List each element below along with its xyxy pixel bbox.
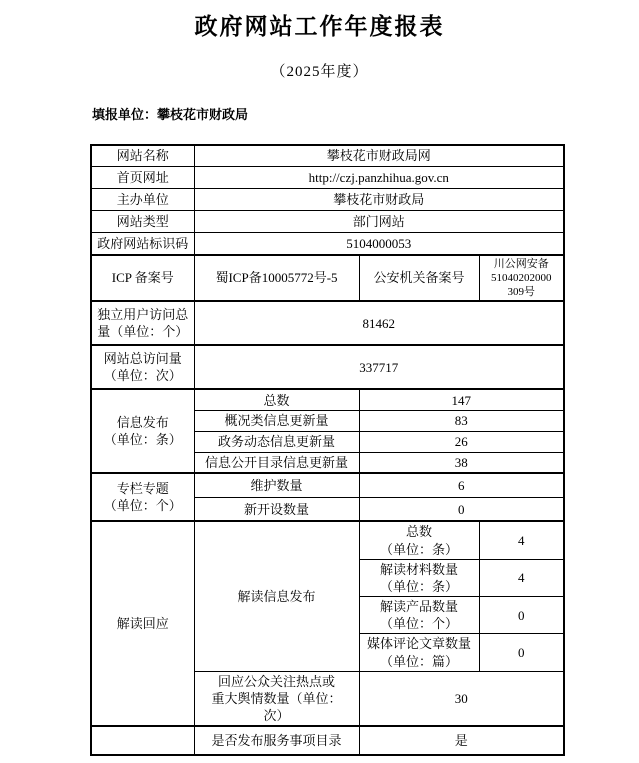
interpretation-total-label: 总数 （单位：条） [359, 521, 479, 559]
interpretation-section-label: 解读回应 [91, 521, 194, 726]
disclosure-update-label: 信息公开目录信息更新量 [194, 452, 359, 473]
organizer-label: 主办单位 [91, 189, 194, 211]
homepage-url-label: 首页网址 [91, 167, 194, 189]
homepage-url-value: http://czj.panzhihua.gov.cn [194, 167, 564, 189]
columns-maintained-value: 6 [359, 473, 564, 497]
interpretation-materials-label: 解读材料数量 （单位：条） [359, 559, 479, 596]
site-type-label: 网站类型 [91, 211, 194, 233]
interpretation-materials-value: 4 [479, 559, 564, 596]
page-title: 政府网站工作年度报表 [0, 13, 639, 41]
interpretation-release-label: 解读信息发布 [194, 521, 359, 671]
site-type-value: 部门网站 [194, 211, 564, 233]
icp-label: ICP 备案号 [91, 255, 194, 302]
site-name-value: 攀枝花市财政局网 [194, 145, 564, 167]
service-section-empty-cell [91, 726, 194, 755]
interpretation-products-label: 解读产品数量 （单位：个） [359, 597, 479, 634]
unique-users-label: 独立用户访问总 量（单位：个） [91, 301, 194, 345]
public-response-value: 30 [359, 671, 564, 726]
columns-maintained-label: 维护数量 [194, 473, 359, 497]
police-record-label: 公安机关备案号 [359, 255, 479, 302]
public-response-label: 回应公众关注热点或 重大舆情数量（单位： 次） [194, 671, 359, 726]
overview-update-label: 概况类信息更新量 [194, 410, 359, 431]
info-release-total-value: 147 [359, 389, 564, 410]
site-name-label: 网站名称 [91, 145, 194, 167]
site-code-label: 政府网站标识码 [91, 233, 194, 255]
service-directory-value: 是 [359, 726, 564, 755]
columns-section-label: 专栏专题 （单位：个） [91, 473, 194, 521]
annual-report-table: 网站名称 攀枝花市财政局网 首页网址 http://czj.panzhihua.… [90, 144, 565, 757]
total-visits-label: 网站总访问量 （单位：次） [91, 345, 194, 389]
gov-news-update-label: 政务动态信息更新量 [194, 431, 359, 452]
interpretation-products-value: 0 [479, 597, 564, 634]
media-comment-value: 0 [479, 634, 564, 671]
interpretation-total-value: 4 [479, 521, 564, 559]
gov-news-update-value: 26 [359, 431, 564, 452]
unique-users-value: 81462 [194, 301, 564, 345]
disclosure-update-value: 38 [359, 452, 564, 473]
site-code-value: 5104000053 [194, 233, 564, 255]
overview-update-value: 83 [359, 410, 564, 431]
info-release-total-label: 总数 [194, 389, 359, 410]
icp-value: 蜀ICP备10005772号-5 [194, 255, 359, 302]
columns-new-label: 新开设数量 [194, 497, 359, 521]
reporting-unit: 填报单位：攀枝花市财政局 [92, 104, 639, 123]
organizer-value: 攀枝花市财政局 [194, 189, 564, 211]
police-record-value: 川公网安备 51040202000 309号 [479, 255, 564, 302]
service-directory-label: 是否发布服务事项目录 [194, 726, 359, 755]
media-comment-label: 媒体评论文章数量 （单位：篇） [359, 634, 479, 671]
total-visits-value: 337717 [194, 345, 564, 389]
columns-new-value: 0 [359, 497, 564, 521]
info-release-section-label: 信息发布 （单位：条） [91, 389, 194, 473]
report-year: （2025年度） [0, 60, 639, 81]
